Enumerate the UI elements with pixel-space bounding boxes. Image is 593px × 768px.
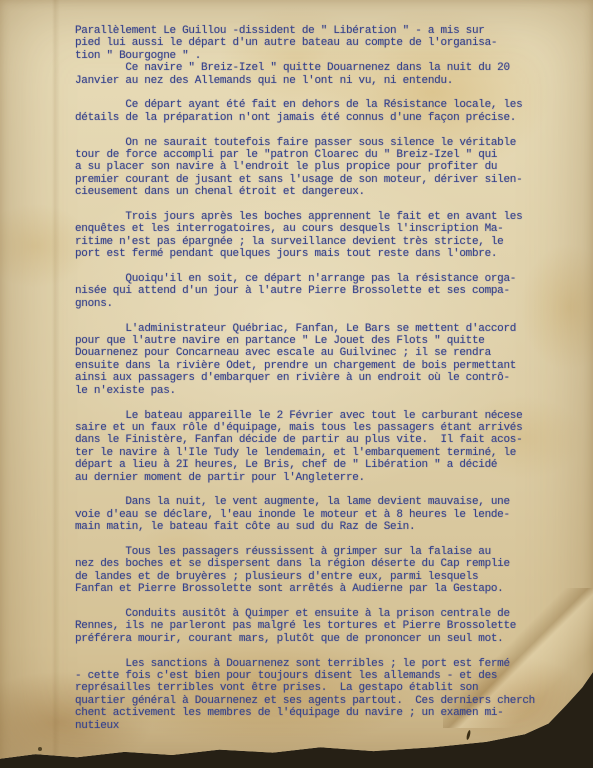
paragraph-3: On ne saurait toutefois faire passer sou…: [75, 137, 580, 199]
paragraph-8: Dans la nuit, le vent augmente, la lame …: [75, 496, 580, 533]
paragraph-2: Ce départ ayant été fait en dehors de la…: [75, 99, 580, 124]
paragraph-1: Parallèlement Le Guillou -dissident de "…: [75, 25, 580, 87]
paragraph-7: Le bateau appareille le 2 Février avec t…: [75, 410, 580, 484]
scanned-paper-page: Parallèlement Le Guillou -dissident de "…: [0, 0, 593, 768]
paragraph-9: Tous les passagers réussissent à grimper…: [75, 546, 580, 596]
paragraph-4: Trois jours après les boches apprennent …: [75, 211, 580, 261]
paragraph-5: Quoiqu'il en soit, ce départ n'arrange p…: [75, 273, 580, 310]
paragraph-10: Conduits ausitôt à Quimper et ensuite à …: [75, 608, 580, 645]
typewritten-text-block: Parallèlement Le Guillou -dissident de "…: [75, 25, 580, 732]
paper-speck: [38, 747, 42, 751]
paragraph-6: L'administrateur Québriac, Fanfan, Le Ba…: [75, 323, 580, 397]
paragraph-11: Les sanctions à Douarnenez sont terrible…: [75, 658, 580, 732]
